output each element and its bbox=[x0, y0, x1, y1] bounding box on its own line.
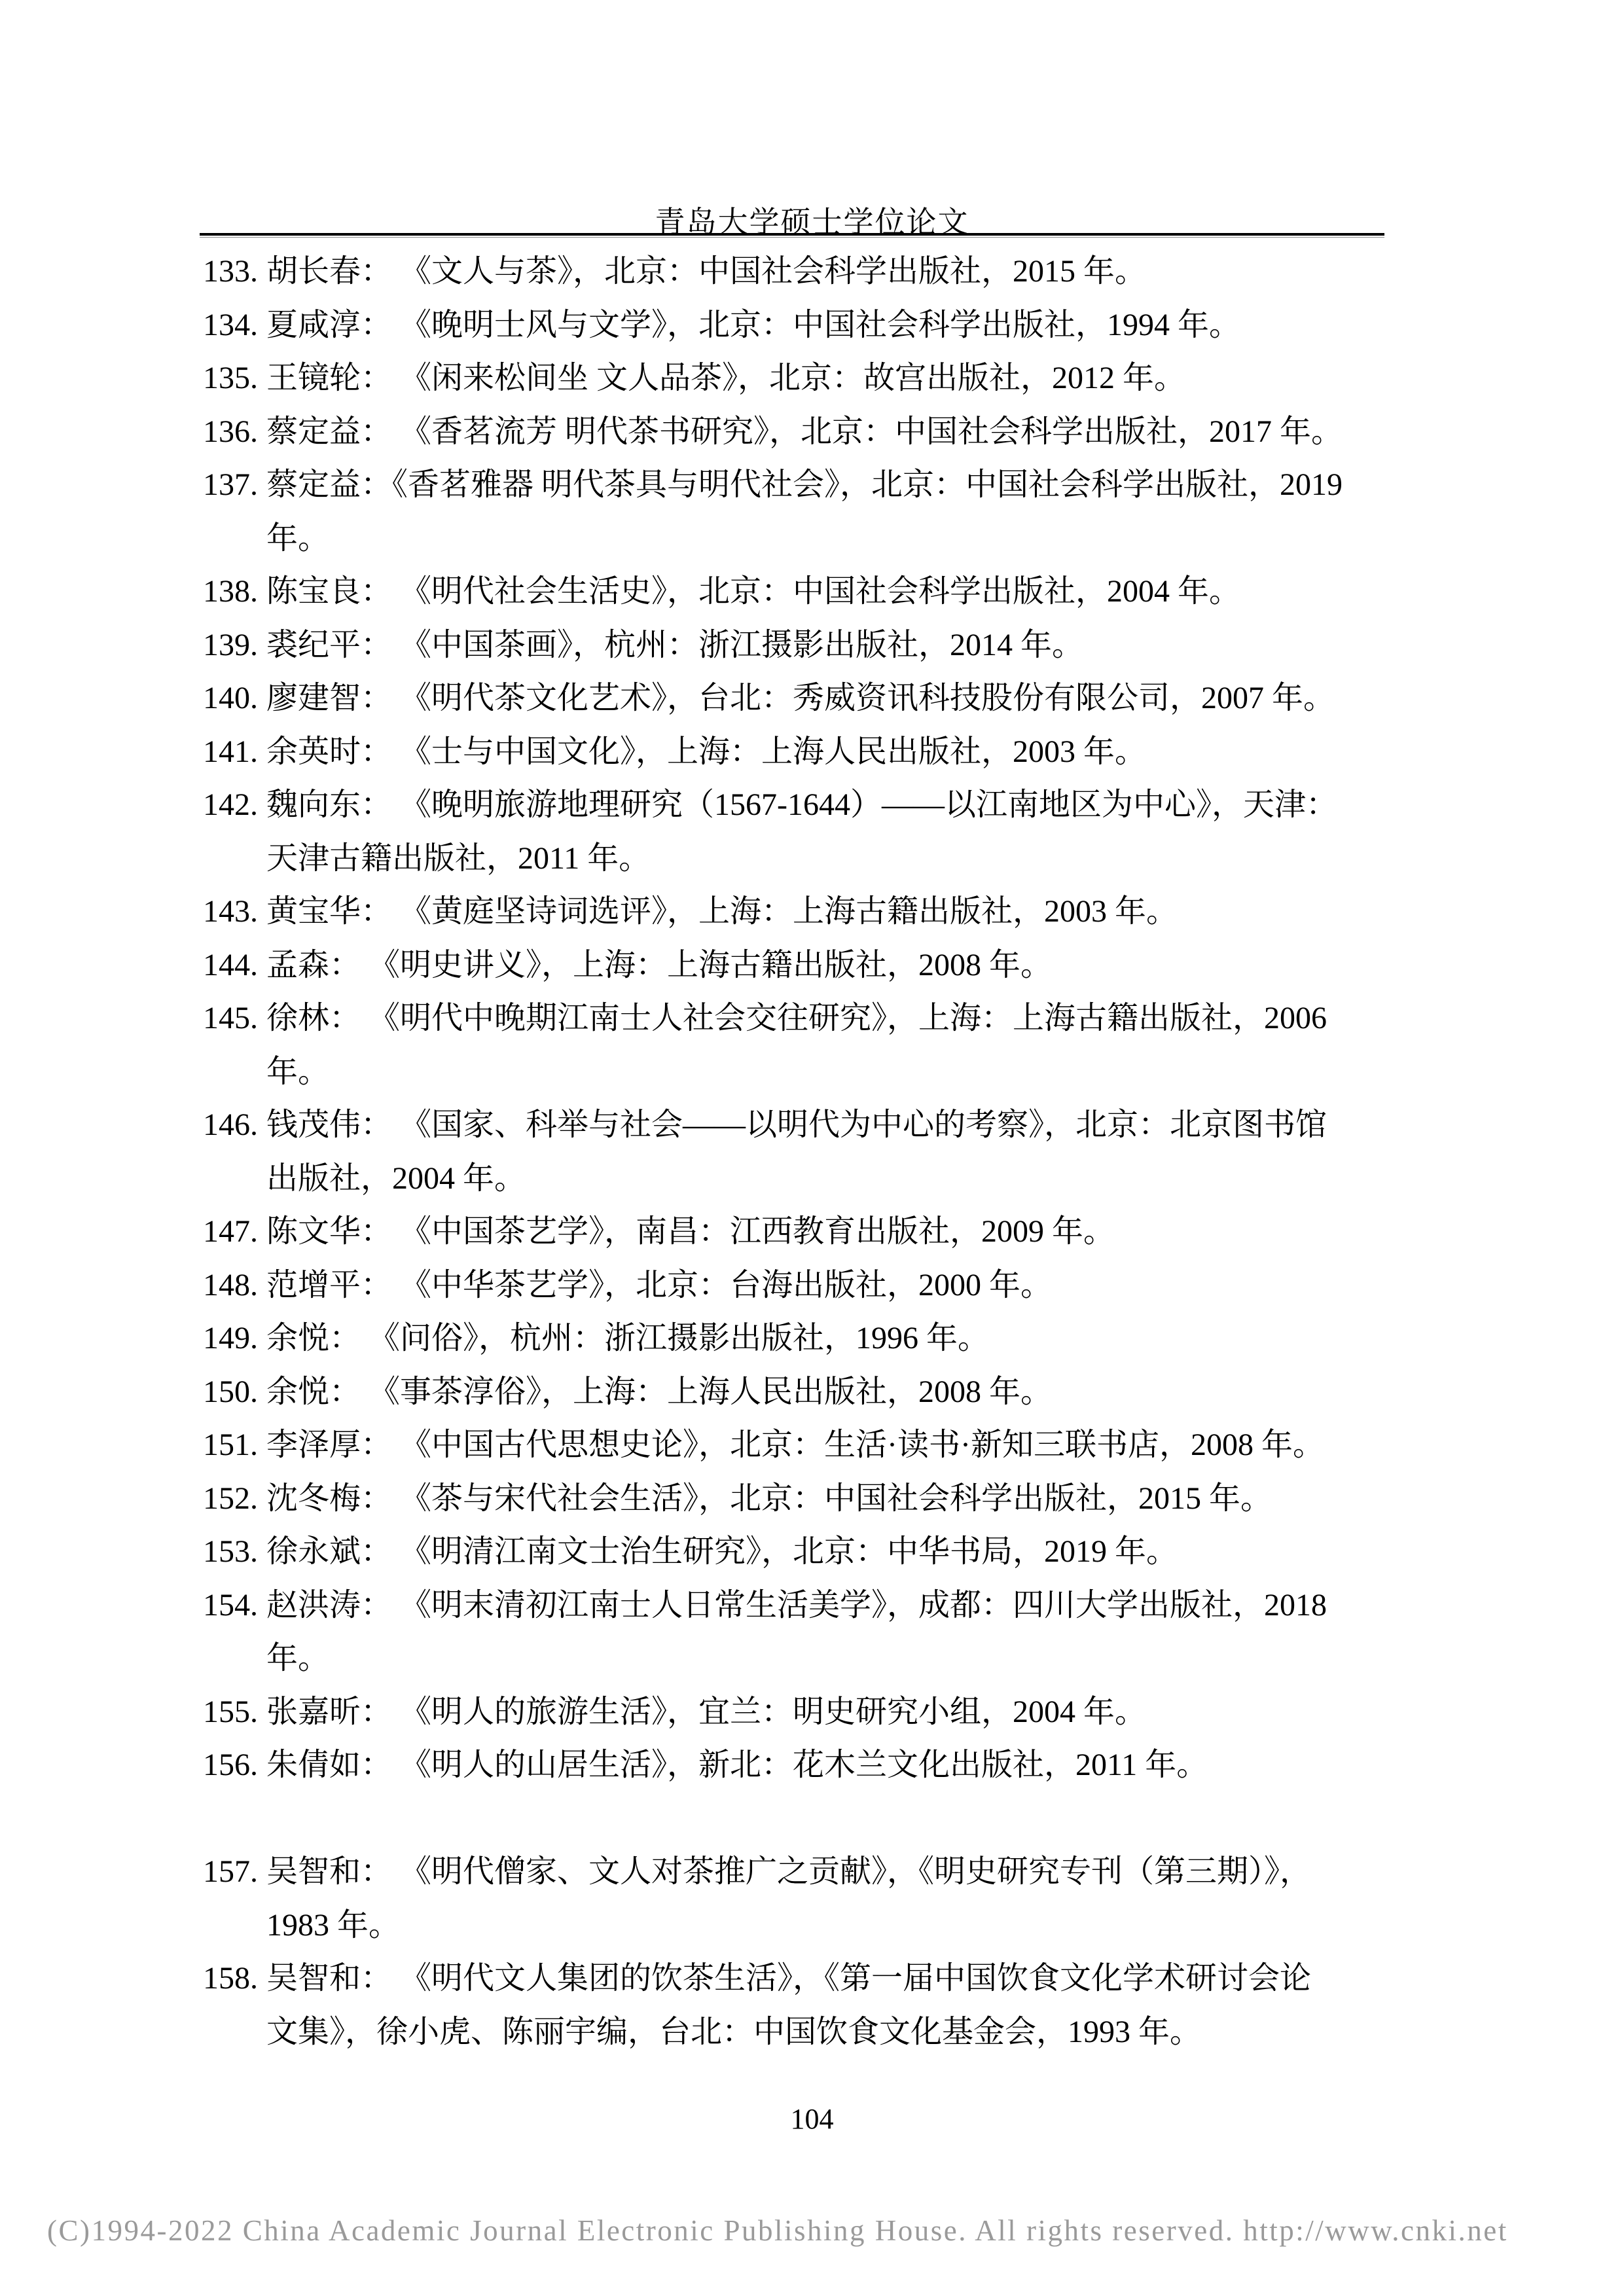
reference-number: 148. bbox=[203, 1259, 266, 1312]
reference-first-line: 150.余悦： 《事茶淳俗》，上海：上海人民出版社，2008 年。 bbox=[203, 1365, 1440, 1419]
reference-text: 余悦： 《事茶淳俗》，上海：上海人民出版社，2008 年。 bbox=[266, 1374, 1052, 1409]
reference-text: 裘纪平： 《中国茶画》，杭州：浙江摄影出版社，2014 年。 bbox=[266, 628, 1083, 662]
reference-number: 140. bbox=[203, 672, 266, 725]
reference-number: 137. bbox=[203, 458, 266, 512]
reference-item: 142.魏向东： 《晚明旅游地理研究（1567-1644）——以江南地区为中心》… bbox=[203, 778, 1440, 885]
page-number: 104 bbox=[0, 2102, 1624, 2136]
reference-first-line: 140.廖建智： 《明代茶文化艺术》，台北：秀威资讯科技股份有限公司，2007 … bbox=[203, 672, 1440, 725]
reference-text: 赵洪涛： 《明末清初江南士人日常生活美学》，成都：四川大学出版社，2018 bbox=[266, 1588, 1327, 1623]
reference-number: 157. bbox=[203, 1845, 266, 1899]
reference-number: 147. bbox=[203, 1205, 266, 1259]
reference-first-line: 136.蔡定益： 《香茗流芳 明代茶书研究》，北京：中国社会科学出版社，2017… bbox=[203, 405, 1440, 459]
reference-first-line: 152.沈冬梅： 《茶与宋代社会生活》，北京：中国社会科学出版社，2015 年。 bbox=[203, 1472, 1440, 1526]
reference-number: 156. bbox=[203, 1738, 266, 1792]
reference-first-line: 138.陈宝良： 《明代社会生活史》，北京：中国社会科学出版社，2004 年。 bbox=[203, 565, 1440, 619]
thesis-page: 青岛大学硕士学位论文 133.胡长春： 《文人与茶》，北京：中国社会科学出版社，… bbox=[0, 0, 1624, 2296]
reference-text: 吴智和： 《明代僧家、文人对茶推广之贡献》，《明史研究专刊（第三期）》， bbox=[266, 1854, 1311, 1889]
reference-text: 蔡定益：《香茗雅器 明代茶具与明代社会》，北京：中国社会科学出版社，2019 bbox=[266, 467, 1343, 502]
reference-first-line: 143.黄宝华： 《黄庭坚诗词选评》，上海：上海古籍出版社，2003 年。 bbox=[203, 885, 1440, 939]
reference-first-line: 156.朱倩如： 《明人的山居生活》，新北：花木兰文化出版社，2011 年。 bbox=[203, 1738, 1440, 1792]
reference-continuation-line: 年。 bbox=[203, 512, 1440, 565]
reference-first-line: 158.吴智和： 《明代文人集团的饮茶生活》，《第一届中国饮食文化学术研讨会论 bbox=[203, 1952, 1440, 2005]
reference-number: 158. bbox=[203, 1952, 266, 2005]
reference-item: 134.夏咸淳： 《晚明士风与文学》，北京：中国社会科学出版社，1994 年。 bbox=[203, 298, 1440, 352]
reference-number: 152. bbox=[203, 1472, 266, 1526]
copyright-footer: (C)1994-2022 China Academic Journal Elec… bbox=[47, 2214, 1508, 2248]
reference-item: 138.陈宝良： 《明代社会生活史》，北京：中国社会科学出版社，2004 年。 bbox=[203, 565, 1440, 619]
reference-item: 149.余悦： 《问俗》，杭州：浙江摄影出版社，1996 年。 bbox=[203, 1312, 1440, 1365]
reference-number: 139. bbox=[203, 619, 266, 672]
reference-continuation-line: 天津古籍出版社，2011 年。 bbox=[203, 832, 1440, 886]
reference-text: 黄宝华： 《黄庭坚诗词选评》，上海：上海古籍出版社，2003 年。 bbox=[266, 894, 1178, 929]
reference-first-line: 153.徐永斌： 《明清江南文士治生研究》，北京：中华书局，2019 年。 bbox=[203, 1525, 1440, 1579]
reference-text: 朱倩如： 《明人的山居生活》，新北：花木兰文化出版社，2011 年。 bbox=[266, 1748, 1208, 1782]
reference-first-line: 147.陈文华： 《中国茶艺学》，南昌：江西教育出版社，2009 年。 bbox=[203, 1205, 1440, 1259]
reference-item: 146.钱茂伟： 《国家、科举与社会——以明代为中心的考察》，北京：北京图书馆出… bbox=[203, 1098, 1440, 1205]
reference-first-line: 137.蔡定益：《香茗雅器 明代茶具与明代社会》，北京：中国社会科学出版社，20… bbox=[203, 458, 1440, 512]
reference-number: 150. bbox=[203, 1365, 266, 1419]
reference-first-line: 142.魏向东： 《晚明旅游地理研究（1567-1644）——以江南地区为中心》… bbox=[203, 778, 1440, 832]
reference-first-line: 144.孟森： 《明史讲义》，上海：上海古籍出版社，2008 年。 bbox=[203, 939, 1440, 992]
reference-continuation-line: 1983 年。 bbox=[203, 1899, 1440, 1952]
reference-item: 150.余悦： 《事茶淳俗》，上海：上海人民出版社，2008 年。 bbox=[203, 1365, 1440, 1419]
reference-item: 141.余英时： 《士与中国文化》，上海：上海人民出版社，2003 年。 bbox=[203, 725, 1440, 779]
reference-item: 151.李泽厚： 《中国古代思想史论》，北京：生活·读书·新知三联书店，2008… bbox=[203, 1418, 1440, 1472]
reference-number: 142. bbox=[203, 778, 266, 832]
reference-item: 154.赵洪涛： 《明末清初江南士人日常生活美学》，成都：四川大学出版社，201… bbox=[203, 1579, 1440, 1685]
reference-first-line: 157.吴智和： 《明代僧家、文人对茶推广之贡献》，《明史研究专刊（第三期）》， bbox=[203, 1845, 1440, 1899]
reference-number: 153. bbox=[203, 1525, 266, 1579]
reference-text: 蔡定益： 《香茗流芳 明代茶书研究》，北京：中国社会科学出版社，2017 年。 bbox=[266, 414, 1343, 449]
reference-number: 151. bbox=[203, 1418, 266, 1472]
reference-item: 143.黄宝华： 《黄庭坚诗词选评》，上海：上海古籍出版社，2003 年。 bbox=[203, 885, 1440, 939]
reference-item: 133.胡长春： 《文人与茶》，北京：中国社会科学出版社，2015 年。 bbox=[203, 245, 1440, 298]
reference-number: 136. bbox=[203, 405, 266, 459]
reference-text: 陈宝良： 《明代社会生活史》，北京：中国社会科学出版社，2004 年。 bbox=[266, 574, 1240, 609]
reference-number: 145. bbox=[203, 992, 266, 1045]
reference-text: 廖建智： 《明代茶文化艺术》，台北：秀威资讯科技股份有限公司，2007 年。 bbox=[266, 681, 1335, 715]
reference-item: 157.吴智和： 《明代僧家、文人对茶推广之贡献》，《明史研究专刊（第三期）》，… bbox=[203, 1845, 1440, 1952]
reference-number: 146. bbox=[203, 1098, 266, 1152]
reference-item: 136.蔡定益： 《香茗流芳 明代茶书研究》，北京：中国社会科学出版社，2017… bbox=[203, 405, 1440, 459]
reference-item: 145.徐林： 《明代中晚期江南士人社会交往研究》，上海：上海古籍出版社，200… bbox=[203, 992, 1440, 1098]
reference-first-line: 141.余英时： 《士与中国文化》，上海：上海人民出版社，2003 年。 bbox=[203, 725, 1440, 779]
reference-text: 夏咸淳： 《晚明士风与文学》，北京：中国社会科学出版社，1994 年。 bbox=[266, 308, 1240, 342]
reference-first-line: 155.张嘉昕： 《明人的旅游生活》，宜兰：明史研究小组，2004 年。 bbox=[203, 1685, 1440, 1739]
reference-text: 李泽厚： 《中国古代思想史论》，北京：生活·读书·新知三联书店，2008 年。 bbox=[266, 1427, 1324, 1462]
reference-continuation-line: 出版社，2004 年。 bbox=[203, 1152, 1440, 1206]
reference-continuation-line: 文集》，徐小虎、陈丽宇编，台北：中国饮食文化基金会，1993 年。 bbox=[203, 2005, 1440, 2059]
reference-first-line: 133.胡长春： 《文人与茶》，北京：中国社会科学出版社，2015 年。 bbox=[203, 245, 1440, 298]
reference-item: 148.范增平： 《中华茶艺学》，北京：台海出版社，2000 年。 bbox=[203, 1259, 1440, 1312]
reference-number: 143. bbox=[203, 885, 266, 939]
reference-first-line: 149.余悦： 《问俗》，杭州：浙江摄影出版社，1996 年。 bbox=[203, 1312, 1440, 1365]
reference-text: 魏向东： 《晚明旅游地理研究（1567-1644）——以江南地区为中心》，天津： bbox=[266, 787, 1337, 822]
reference-first-line: 151.李泽厚： 《中国古代思想史论》，北京：生活·读书·新知三联书店，2008… bbox=[203, 1418, 1440, 1472]
reference-item: 144.孟森： 《明史讲义》，上海：上海古籍出版社，2008 年。 bbox=[203, 939, 1440, 992]
reference-number: 155. bbox=[203, 1685, 266, 1739]
reference-number: 154. bbox=[203, 1579, 266, 1632]
reference-first-line: 135.王镜轮： 《闲来松间坐 文人品茶》，北京：故宫出版社，2012 年。 bbox=[203, 351, 1440, 405]
reference-first-line: 154.赵洪涛： 《明末清初江南士人日常生活美学》，成都：四川大学出版社，201… bbox=[203, 1579, 1440, 1632]
reference-continuation-line: 年。 bbox=[203, 1045, 1440, 1099]
reference-text: 余悦： 《问俗》，杭州：浙江摄影出版社，1996 年。 bbox=[266, 1321, 989, 1355]
reference-text: 余英时： 《士与中国文化》，上海：上海人民出版社，2003 年。 bbox=[266, 734, 1146, 769]
reference-text: 沈冬梅： 《茶与宋代社会生活》，北京：中国社会科学出版社，2015 年。 bbox=[266, 1481, 1272, 1516]
reference-continuation-line: 年。 bbox=[203, 1632, 1440, 1685]
reference-text: 陈文华： 《中国茶艺学》，南昌：江西教育出版社，2009 年。 bbox=[266, 1214, 1115, 1249]
reference-text: 张嘉昕： 《明人的旅游生活》，宜兰：明史研究小组，2004 年。 bbox=[266, 1695, 1146, 1729]
reference-item: 135.王镜轮： 《闲来松间坐 文人品茶》，北京：故宫出版社，2012 年。 bbox=[203, 351, 1440, 405]
reference-text: 徐林： 《明代中晚期江南士人社会交往研究》，上海：上海古籍出版社，2006 bbox=[266, 1001, 1327, 1035]
reference-text: 钱茂伟： 《国家、科举与社会——以明代为中心的考察》，北京：北京图书馆 bbox=[266, 1107, 1327, 1142]
reference-first-line: 134.夏咸淳： 《晚明士风与文学》，北京：中国社会科学出版社，1994 年。 bbox=[203, 298, 1440, 352]
reference-item: 153.徐永斌： 《明清江南文士治生研究》，北京：中华书局，2019 年。 bbox=[203, 1525, 1440, 1579]
reference-text: 孟森： 《明史讲义》，上海：上海古籍出版社，2008 年。 bbox=[266, 948, 1052, 982]
reference-item: 158.吴智和： 《明代文人集团的饮茶生活》，《第一届中国饮食文化学术研讨会论文… bbox=[203, 1952, 1440, 2058]
reference-number: 135. bbox=[203, 351, 266, 405]
reference-text: 胡长春： 《文人与茶》，北京：中国社会科学出版社，2015 年。 bbox=[266, 254, 1146, 289]
reference-number: 149. bbox=[203, 1312, 266, 1365]
reference-text: 徐永斌： 《明清江南文士治生研究》，北京：中华书局，2019 年。 bbox=[266, 1534, 1178, 1569]
reference-text: 吴智和： 《明代文人集团的饮茶生活》，《第一届中国饮食文化学术研讨会论 bbox=[266, 1961, 1311, 1996]
reference-number: 138. bbox=[203, 565, 266, 619]
reference-item: 137.蔡定益：《香茗雅器 明代茶具与明代社会》，北京：中国社会科学出版社，20… bbox=[203, 458, 1440, 565]
header-divider-thin-line bbox=[200, 237, 1384, 238]
reference-number: 144. bbox=[203, 939, 266, 992]
reference-text: 王镜轮： 《闲来松间坐 文人品茶》，北京：故宫出版社，2012 年。 bbox=[266, 361, 1185, 395]
reference-number: 141. bbox=[203, 725, 266, 779]
reference-item: 140.廖建智： 《明代茶文化艺术》，台北：秀威资讯科技股份有限公司，2007 … bbox=[203, 672, 1440, 725]
reference-item: 155.张嘉昕： 《明人的旅游生活》，宜兰：明史研究小组，2004 年。 bbox=[203, 1685, 1440, 1739]
reference-first-line: 148.范增平： 《中华茶艺学》，北京：台海出版社，2000 年。 bbox=[203, 1259, 1440, 1312]
reference-number: 133. bbox=[203, 245, 266, 298]
reference-item: 139.裘纪平： 《中国茶画》，杭州：浙江摄影出版社，2014 年。 bbox=[203, 619, 1440, 672]
reference-text: 范增平： 《中华茶艺学》，北京：台海出版社，2000 年。 bbox=[266, 1268, 1052, 1302]
reference-item: 152.沈冬梅： 《茶与宋代社会生活》，北京：中国社会科学出版社，2015 年。 bbox=[203, 1472, 1440, 1526]
reference-first-line: 139.裘纪平： 《中国茶画》，杭州：浙江摄影出版社，2014 年。 bbox=[203, 619, 1440, 672]
reference-first-line: 146.钱茂伟： 《国家、科举与社会——以明代为中心的考察》，北京：北京图书馆 bbox=[203, 1098, 1440, 1152]
reference-item: 156.朱倩如： 《明人的山居生活》，新北：花木兰文化出版社，2011 年。 bbox=[203, 1738, 1440, 1792]
reference-first-line: 145.徐林： 《明代中晚期江南士人社会交往研究》，上海：上海古籍出版社，200… bbox=[203, 992, 1440, 1045]
reference-number: 134. bbox=[203, 298, 266, 352]
header-divider bbox=[200, 233, 1384, 238]
reference-item: 147.陈文华： 《中国茶艺学》，南昌：江西教育出版社，2009 年。 bbox=[203, 1205, 1440, 1259]
reference-list: 133.胡长春： 《文人与茶》，北京：中国社会科学出版社，2015 年。134.… bbox=[203, 245, 1440, 2058]
